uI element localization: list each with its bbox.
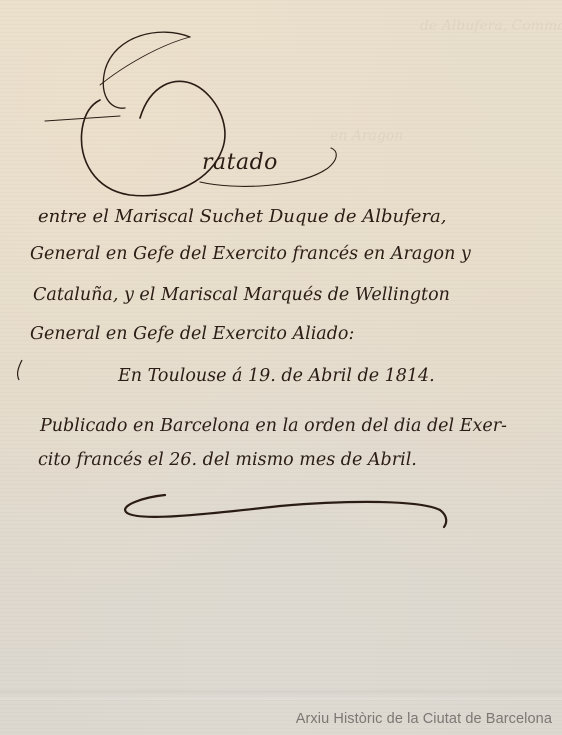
manuscript-line-6: Publicado en Barcelona en la orden del d… <box>40 416 507 436</box>
manuscript-line-7: cito francés el 26. del mismo mes de Abr… <box>38 450 417 470</box>
manuscript-line-4: General en Gefe del Exercito Aliado: <box>30 324 354 344</box>
manuscript-line-1: entre el Mariscal Suchet Duque de Albufe… <box>38 206 447 227</box>
archive-watermark: Arxiu Històric de la Ciutat de Barcelona <box>296 711 552 727</box>
title-text: ratado <box>202 150 278 175</box>
manuscript-line-3: Cataluña, y el Mariscal Marqués de Welli… <box>33 285 450 305</box>
title-capital-flourish <box>45 32 336 196</box>
document-title: ratado <box>202 150 278 175</box>
manuscript-page: de Albufera, Comma en Aragon ratado entr… <box>0 0 562 735</box>
margin-mark <box>18 360 22 380</box>
closing-swash <box>125 495 446 527</box>
manuscript-line-2: General en Gefe del Exercito francés en … <box>30 244 471 264</box>
manuscript-date-line: En Toulouse á 19. de Abril de 1814. <box>118 366 435 386</box>
